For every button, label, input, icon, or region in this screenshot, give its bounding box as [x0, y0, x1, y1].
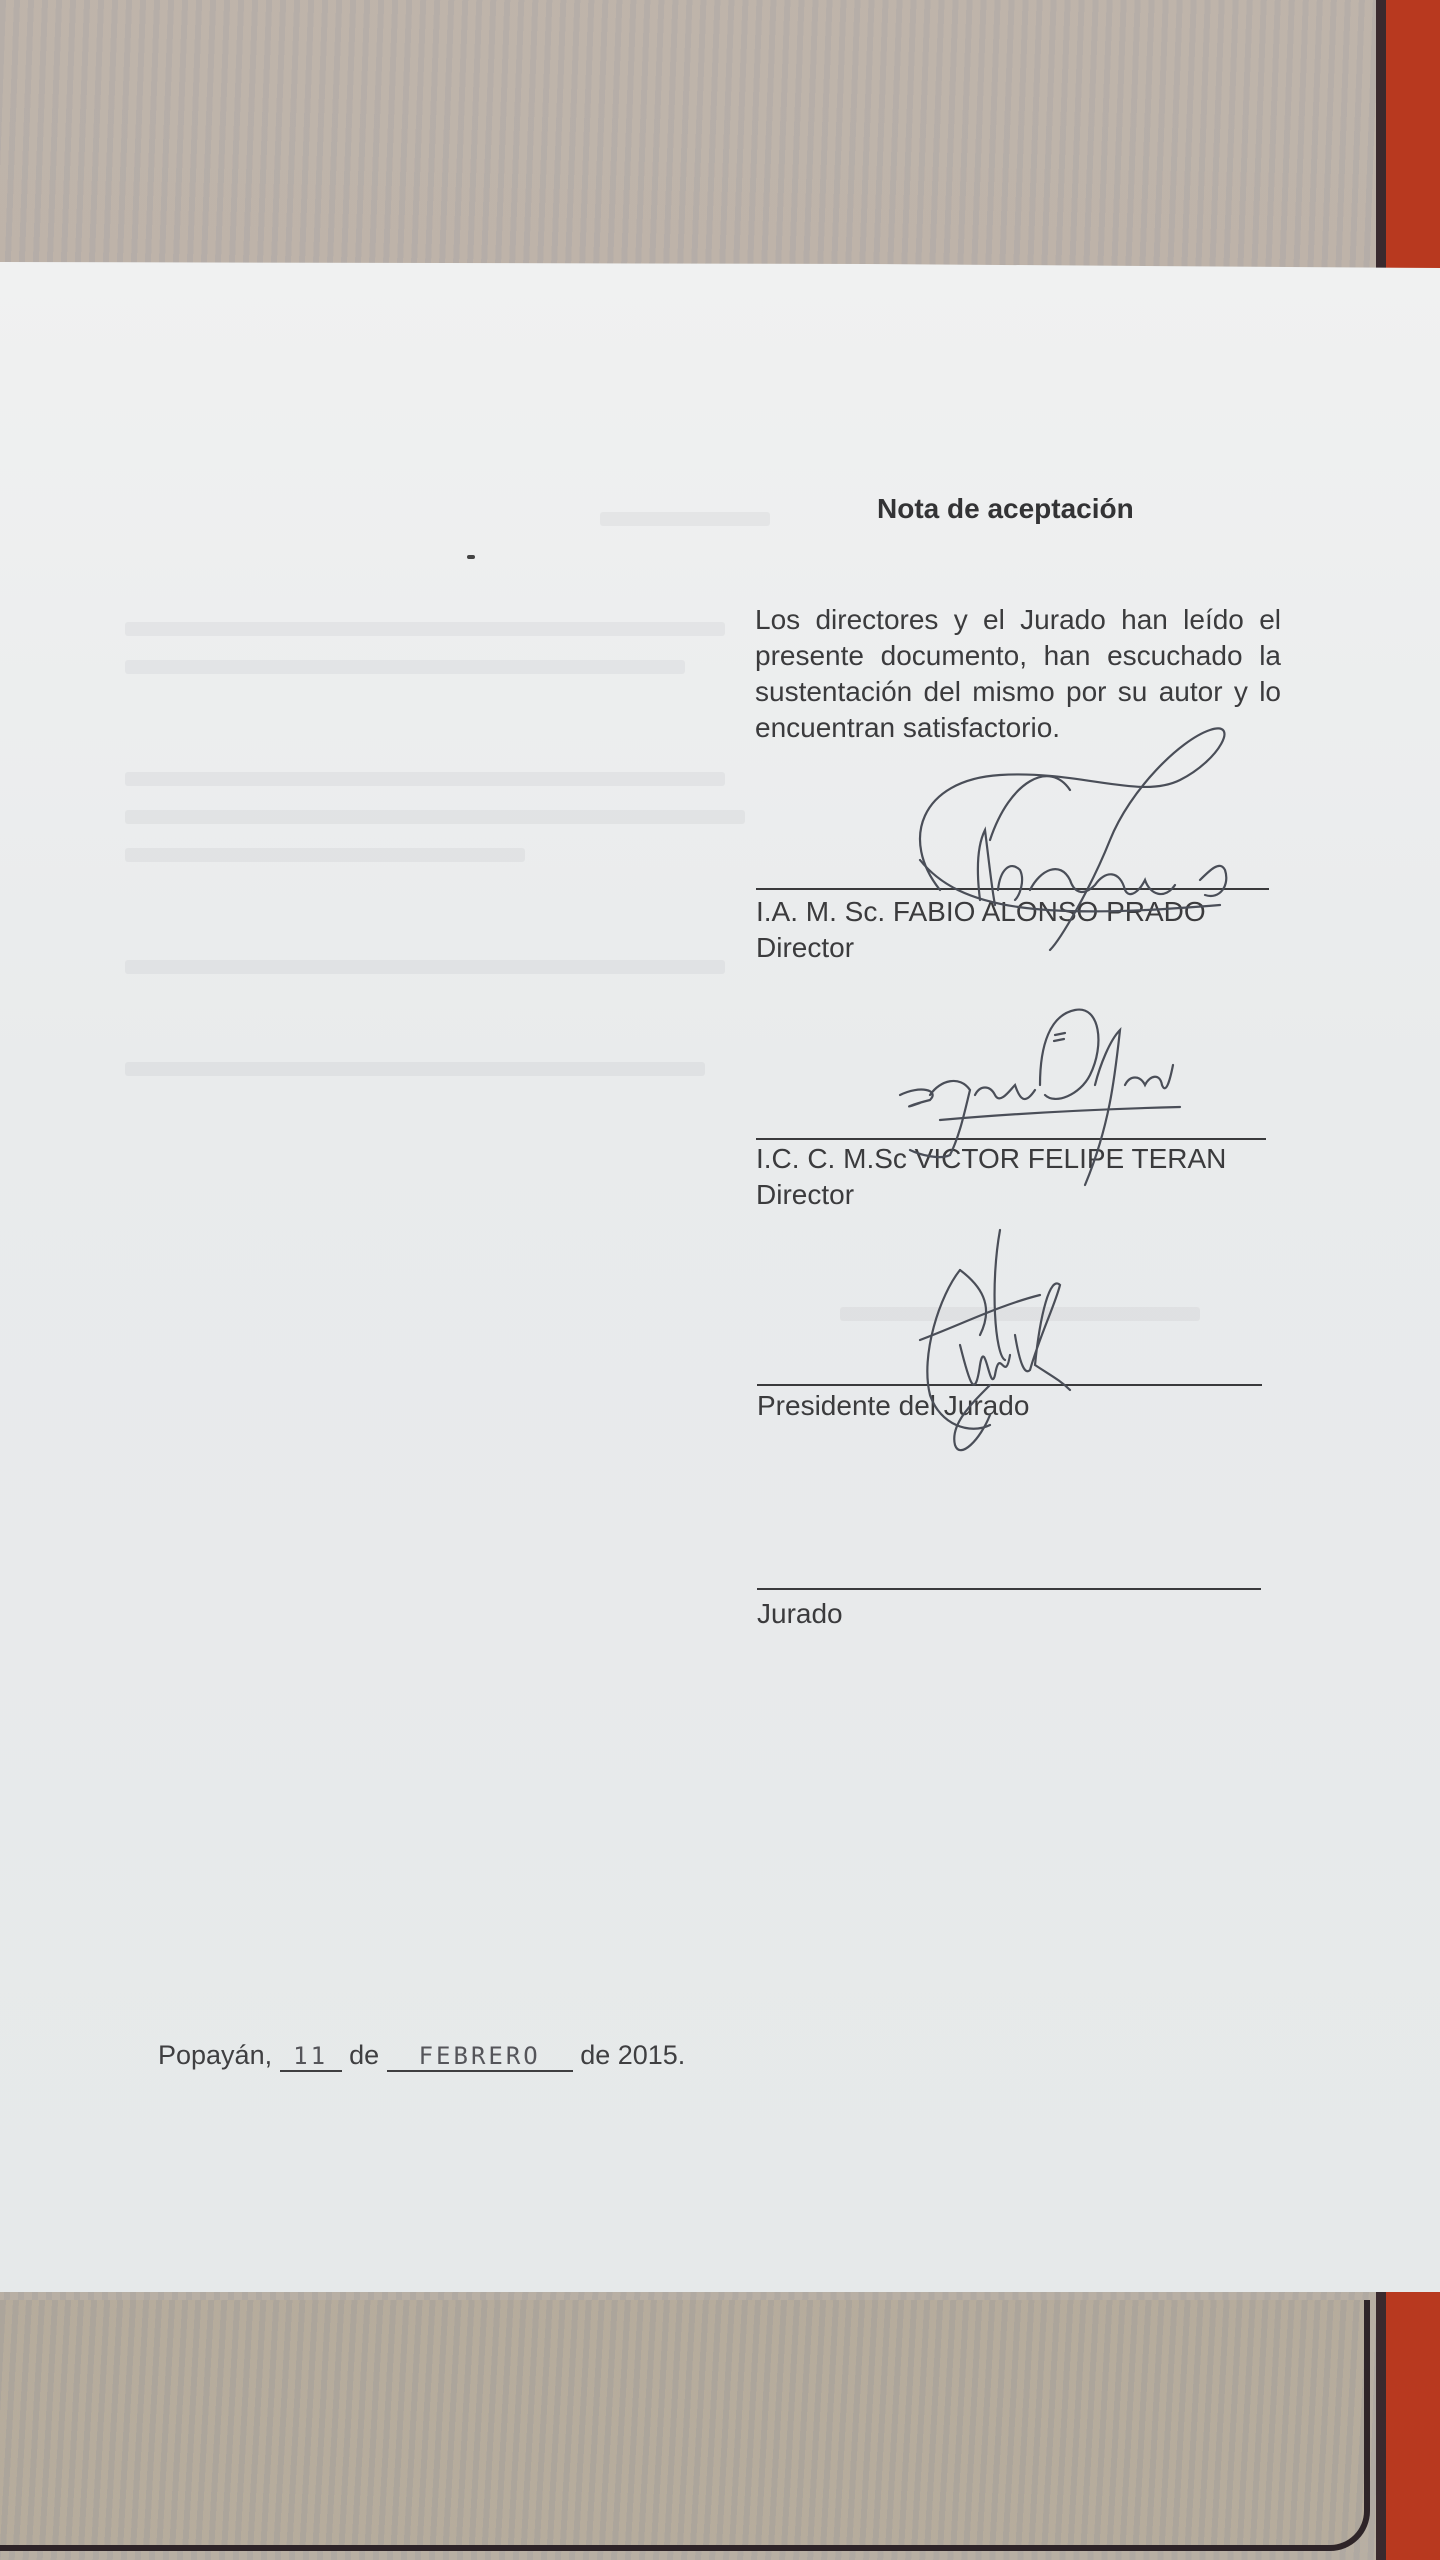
- acceptance-statement: Los directores y el Jurado han leído el …: [755, 602, 1281, 746]
- director-1-name: I.A. M. Sc. FABIO ALONSO PRADO: [756, 896, 1206, 928]
- director-1-role: Director: [756, 932, 854, 964]
- jury-role: Jurado: [757, 1598, 843, 1630]
- date-connector-1: de: [349, 2040, 379, 2070]
- director-2-role: Director: [756, 1179, 854, 1211]
- date-line: Popayán, 11 de FEBRERO de 2015.: [158, 2040, 685, 2072]
- city-label: Popayán,: [158, 2040, 272, 2070]
- signature-director-2: [840, 985, 1240, 1215]
- jury-president-role: Presidente del Jurado: [757, 1390, 1029, 1422]
- document-content: Nota de aceptación Los directores y el J…: [0, 0, 1440, 2560]
- month-field: FEBRERO: [387, 2042, 573, 2072]
- ink-speck: [467, 555, 475, 559]
- director-2-name: I.C. C. M.Sc VICTOR FELIPE TERAN: [756, 1143, 1226, 1175]
- day-field: 11: [280, 2042, 342, 2072]
- signature-line-jury: [757, 1588, 1261, 1590]
- signature-jury-president: [900, 1225, 1120, 1465]
- year-label: de 2015.: [580, 2040, 685, 2070]
- signature-line-director-2: [756, 1138, 1266, 1140]
- signature-line-jury-president: [757, 1384, 1262, 1386]
- page-title: Nota de aceptación: [877, 493, 1134, 525]
- signature-line-director-1: [756, 888, 1269, 890]
